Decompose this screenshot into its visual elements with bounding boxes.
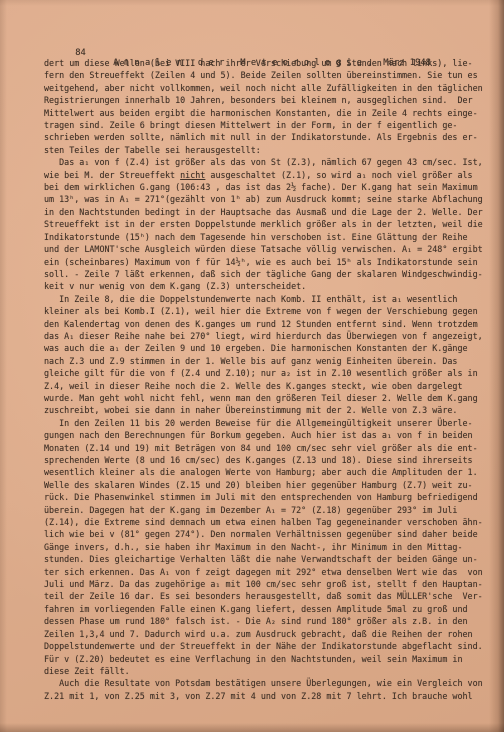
text-line: Welle des skalaren Windes (Z.15 und 20) … <box>44 479 496 491</box>
text-line: diese Zeit fällt. <box>44 665 496 677</box>
text-line: Für v (Z.20) bedeutet es eine Verflachun… <box>44 653 496 665</box>
text-line: Z.4, weil in dieser Reihe noch die 2. We… <box>44 380 496 392</box>
text-line: dert um diese Wellen (bei VIII nach ihre… <box>44 57 496 69</box>
text-line: Z.21 mit 1, von Z.25 mit 3, von Z.27 mit… <box>44 690 496 702</box>
text-line: fern den Streueffekt (Zeilen 4 und 5). B… <box>44 69 496 81</box>
text-line: (Z.14), die Extreme sind demnach um etwa… <box>44 516 496 528</box>
underlined-word: nicht <box>180 170 205 180</box>
text-line: was auch die a₁ der Zeilen 9 und 10 erge… <box>44 342 496 354</box>
text-line: Monaten (Z.14 und 19) mit Beträgen von 8… <box>44 442 496 454</box>
text-line: Auch die Resultate von Potsdam bestätige… <box>44 677 496 689</box>
text-line: lich wie bei v (81° gegen 274°). Den nor… <box>44 528 496 540</box>
text-line: Das a₁ von f (Z.4) ist größer als das vo… <box>44 156 496 168</box>
text-line: Doppelstundenwerte und der Streueffekt i… <box>44 640 496 652</box>
text-line: gungen nach den Berechnungen für Borkum … <box>44 429 496 441</box>
text-line: Zeilen 1,3,4 und 7. Dadurch wird u.a. zu… <box>44 628 496 640</box>
text-line: sprechenden Werte (8 und 16 cm/sec) des … <box>44 454 496 466</box>
text-line: fahren im vorliegenden Falle einen K.gan… <box>44 603 496 615</box>
text-line: gleiche gilt für die von f (Z.4 und Z.10… <box>44 367 496 379</box>
text-line: nach Z.3 und Z.9 stimmen in der 1. Welle… <box>44 355 496 367</box>
page-body: dert um diese Wellen (bei VIII nach ihre… <box>44 57 496 702</box>
text-line: und der LAMONT'sche Ausgleich würden die… <box>44 243 496 255</box>
text-line: In Zeile 8, die die Doppelstundenwerte n… <box>44 293 496 305</box>
text-line: den Kalendertag von denen des K.ganges u… <box>44 318 496 330</box>
text-line: stunden. Dies gleichartige Verhalten läß… <box>44 553 496 565</box>
text-line: überein. Dagegen hat der K.gang im Dezem… <box>44 504 496 516</box>
text-line: schrieben werden sollte, nämlich mit nul… <box>44 131 496 143</box>
text-line: Gänge invers, d.h., sie haben ihr Maximu… <box>44 541 496 553</box>
text-line: Registrierungen innerhalb 10 Jahren, bes… <box>44 94 496 106</box>
text-line: rück. Die Phasenwinkel stimmen im Juli m… <box>44 491 496 503</box>
text-line: zuschreibt, wobei sie dann in naher Über… <box>44 404 496 416</box>
text-line: in den Nachtstunden bedingt in der Haupt… <box>44 206 496 218</box>
text-line: ter sich erkennen. Das A₁ von f zeigt da… <box>44 566 496 578</box>
text-line: teil der Zeile 16 dar. Es sei besonders … <box>44 590 496 602</box>
text-line: In den Zeilen 11 bis 20 werden Beweise f… <box>44 417 496 429</box>
text-line: tragen sind. Zeile 6 bringt diesen Mitte… <box>44 119 496 131</box>
text-line: wesentlich kleiner als die analogen Wert… <box>44 466 496 478</box>
text-line: dessen Phase um rund 180° falsch ist. - … <box>44 615 496 627</box>
text-line: ein (scheinbares) Maximum von f für 14½ʰ… <box>44 256 496 268</box>
text-line: das A₁ dieser Reihe nahe bei 270° liegt,… <box>44 330 496 342</box>
text-line: weitgehend, aber nicht vollkommen, weil … <box>44 82 496 94</box>
text-line: Indikatorstunde (15ʰ) nach dem Tagesende… <box>44 231 496 243</box>
text-line: keit v nur wenig von dem K.gang (Z.3) un… <box>44 280 496 292</box>
text-line: soll. - Zeile 7 läßt erkennen, daß sich … <box>44 268 496 280</box>
text-line: Mittelwert aus beiden ergibt die harmoni… <box>44 107 496 119</box>
text-line: kleiner als bei Komb.I (Z.1), weil hier … <box>44 305 496 317</box>
text-line: Juli und März. Da das zugehörige a₁ mit … <box>44 578 496 590</box>
text-line: Streueffekt ist in der ersten Doppelstun… <box>44 218 496 230</box>
text-line: sten Teiles der Tabelle sei herausgestel… <box>44 144 496 156</box>
text-line: wie bei M. der Streueffekt nicht ausgesc… <box>44 169 496 181</box>
text-line: bei dem wirklichen G.gang (106:43 , das … <box>44 181 496 193</box>
scanned-journal-page: 84 A n n a l e n d e r M e t e o r o l o… <box>0 0 504 732</box>
text-line: wurde. Man geht wohl nicht fehl, wenn ma… <box>44 392 496 404</box>
text-line: um 13ʰ, was in A₁ = 271°(gezählt von 1ʰ … <box>44 193 496 205</box>
